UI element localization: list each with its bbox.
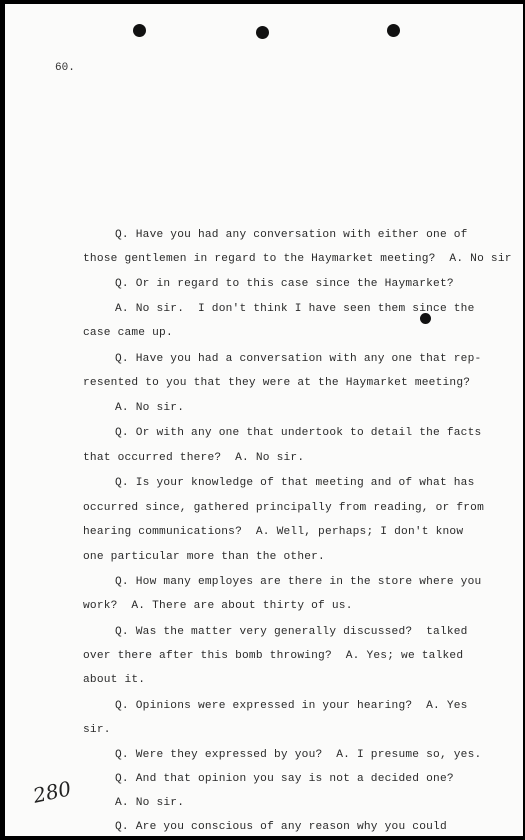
transcript-line: Q. Or in regard to this case since the H… (115, 278, 454, 290)
punch-hole-3 (387, 24, 400, 37)
transcript-line: that occurred there? A. No sir. (83, 452, 304, 464)
transcript-line: Q. Have you had a conversation with any … (115, 353, 481, 365)
transcript-line: Q. Were they expressed by you? A. I pres… (115, 749, 481, 761)
transcript-line: those gentlemen in regard to the Haymark… (83, 253, 512, 265)
transcript-line: Q. Is your knowledge of that meeting and… (115, 477, 475, 489)
transcript-line: case came up. (83, 327, 173, 339)
transcript-line: one particular more than the other. (83, 551, 325, 563)
transcript-line: A. No sir. (115, 797, 184, 809)
transcript-line: Q. Opinions were expressed in your heari… (115, 700, 468, 712)
transcript-line: Q. Have you had any conversation with ei… (115, 229, 468, 241)
transcript-line: work? A. There are about thirty of us. (83, 600, 353, 612)
transcript-line: sir. (83, 724, 111, 736)
transcript-line: Q. Or with any one that undertook to det… (115, 427, 481, 439)
punch-hole-2 (256, 26, 269, 39)
transcript-line: Q. How many employes are there in the st… (115, 576, 481, 588)
transcript-line: hearing communications? A. Well, perhaps… (83, 526, 463, 538)
page-number: 60. (55, 62, 75, 74)
transcript-line: resented to you that they were at the Ha… (83, 377, 470, 389)
transcript-line: A. No sir. (115, 402, 184, 414)
transcript-line: Q. And that opinion you say is not a dec… (115, 773, 454, 785)
punch-hole-1 (133, 24, 146, 37)
transcript-line: A. No sir. I don't think I have seen the… (115, 303, 475, 315)
document-page: 60. Q. Have you had any conversation wit… (5, 4, 523, 836)
handwritten-note: 280 (31, 776, 73, 807)
transcript-line: over there after this bomb throwing? A. … (83, 650, 463, 662)
transcript-line: occurred since, gathered principally fro… (83, 502, 484, 514)
transcript-line: Q. Was the matter very generally discuss… (115, 626, 468, 638)
transcript-line: Q. Are you conscious of any reason why y… (115, 821, 447, 833)
transcript-line: about it. (83, 674, 145, 686)
